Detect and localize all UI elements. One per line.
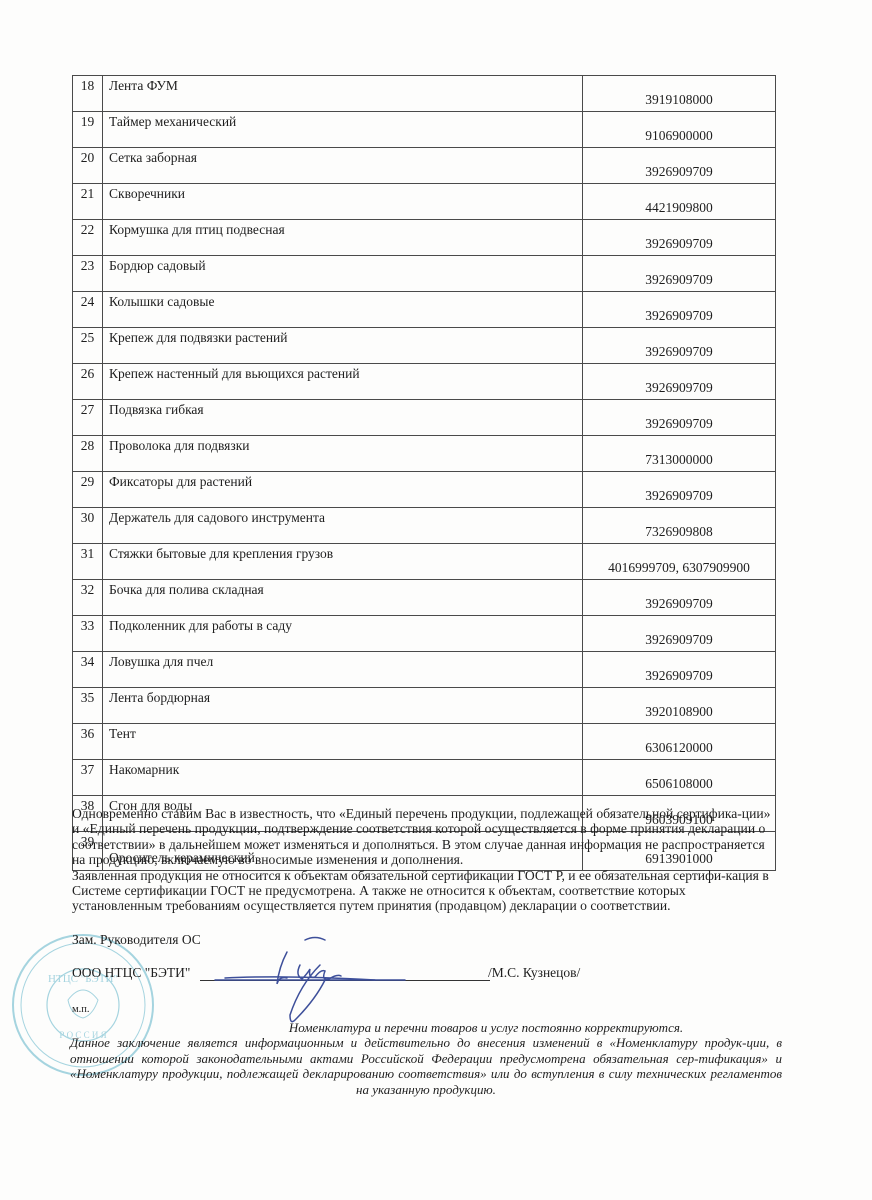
product-name: Скворечники [103, 184, 583, 220]
tn-ved-code: 4016999709, 6307909900 [583, 544, 776, 580]
table-row: 19Таймер механический9106900000 [73, 112, 776, 148]
row-number: 26 [73, 364, 103, 400]
product-name: Накомарник [103, 760, 583, 796]
tn-ved-code: 3926909709 [583, 256, 776, 292]
products-table: 18Лента ФУМ391910800019Таймер механическ… [72, 75, 776, 871]
notice-paragraph-2: Заявленная продукция не относится к объе… [72, 868, 777, 914]
table-row: 28Проволока для подвязки7313000000 [73, 436, 776, 472]
tn-ved-code: 3926909709 [583, 472, 776, 508]
table-row: 21Скворечники4421909800 [73, 184, 776, 220]
product-name: Бочка для полива складная [103, 580, 583, 616]
row-number: 27 [73, 400, 103, 436]
tn-ved-code: 3920108900 [583, 688, 776, 724]
table-row: 33Подколенник для работы в саду392690970… [73, 616, 776, 652]
tn-ved-code: 3926909709 [583, 328, 776, 364]
table-row: 29Фиксаторы для растений3926909709 [73, 472, 776, 508]
product-name: Сетка заборная [103, 148, 583, 184]
product-name: Кормушка для птиц подвесная [103, 220, 583, 256]
tn-ved-code: 7326909808 [583, 508, 776, 544]
table-row: 34Ловушка для пчел3926909709 [73, 652, 776, 688]
notice-paragraph-1: Одновременно ставим Вас в известность, ч… [72, 806, 777, 868]
tn-ved-code: 3926909709 [583, 292, 776, 328]
product-name: Крепеж для подвязки растений [103, 328, 583, 364]
signer-name: /М.С. Кузнецов/ [488, 965, 580, 981]
product-name: Лента бордюрная [103, 688, 583, 724]
tn-ved-code: 7313000000 [583, 436, 776, 472]
row-number: 23 [73, 256, 103, 292]
product-name: Проволока для подвязки [103, 436, 583, 472]
table-row: 35Лента бордюрная3920108900 [73, 688, 776, 724]
product-name: Бордюр садовый [103, 256, 583, 292]
product-name: Подколенник для работы в саду [103, 616, 583, 652]
tn-ved-code: 3926909709 [583, 652, 776, 688]
row-number: 34 [73, 652, 103, 688]
product-name: Крепеж настенный для вьющихся растений [103, 364, 583, 400]
product-name: Тент [103, 724, 583, 760]
tn-ved-code: 6506108000 [583, 760, 776, 796]
row-number: 35 [73, 688, 103, 724]
products-table-body: 18Лента ФУМ391910800019Таймер механическ… [73, 76, 776, 871]
disclaimer-text: Номенклатура и перечни товаров и услуг п… [70, 1020, 782, 1097]
row-number: 28 [73, 436, 103, 472]
tn-ved-code: 3926909709 [583, 580, 776, 616]
document-page: 18Лента ФУМ391910800019Таймер механическ… [0, 0, 872, 1200]
product-name: Подвязка гибкая [103, 400, 583, 436]
row-number: 37 [73, 760, 103, 796]
table-row: 32Бочка для полива складная3926909709 [73, 580, 776, 616]
disclaimer-line-2: Данное заключение является информационны… [70, 1035, 782, 1097]
signer-title: Зам. Руководителя ОС [72, 932, 201, 948]
row-number: 31 [73, 544, 103, 580]
row-number: 33 [73, 616, 103, 652]
table-row: 22Кормушка для птиц подвесная3926909709 [73, 220, 776, 256]
table-row: 37Накомарник6506108000 [73, 760, 776, 796]
product-name: Ловушка для пчел [103, 652, 583, 688]
product-name: Колышки садовые [103, 292, 583, 328]
row-number: 32 [73, 580, 103, 616]
product-name: Держатель для садового инструмента [103, 508, 583, 544]
row-number: 20 [73, 148, 103, 184]
table-row: 31Стяжки бытовые для крепления грузов401… [73, 544, 776, 580]
table-row: 30Держатель для садового инструмента7326… [73, 508, 776, 544]
tn-ved-code: 3926909709 [583, 616, 776, 652]
table-row: 23Бордюр садовый3926909709 [73, 256, 776, 292]
table-row: 36Тент6306120000 [73, 724, 776, 760]
signer-organization: ООО НТЦС "БЭТИ" [72, 965, 190, 981]
product-name: Фиксаторы для растений [103, 472, 583, 508]
table-row: 27Подвязка гибкая3926909709 [73, 400, 776, 436]
row-number: 30 [73, 508, 103, 544]
tn-ved-code: 3919108000 [583, 76, 776, 112]
tn-ved-code: 6306120000 [583, 724, 776, 760]
row-number: 36 [73, 724, 103, 760]
product-name: Лента ФУМ [103, 76, 583, 112]
table-row: 25Крепеж для подвязки растений3926909709 [73, 328, 776, 364]
row-number: 22 [73, 220, 103, 256]
table-row: 18Лента ФУМ3919108000 [73, 76, 776, 112]
row-number: 24 [73, 292, 103, 328]
table-row: 24Колышки садовые3926909709 [73, 292, 776, 328]
product-name: Стяжки бытовые для крепления грузов [103, 544, 583, 580]
row-number: 29 [73, 472, 103, 508]
row-number: 25 [73, 328, 103, 364]
handwritten-signature-icon [205, 930, 425, 1030]
row-number: 18 [73, 76, 103, 112]
tn-ved-code: 9106900000 [583, 112, 776, 148]
tn-ved-code: 4421909800 [583, 184, 776, 220]
seal-label: м.п. [72, 1004, 90, 1015]
tn-ved-code: 3926909709 [583, 148, 776, 184]
table-row: 26Крепеж настенный для вьющихся растений… [73, 364, 776, 400]
row-number: 21 [73, 184, 103, 220]
tn-ved-code: 3926909709 [583, 364, 776, 400]
notice-text: Одновременно ставим Вас в известность, ч… [72, 806, 777, 914]
disclaimer-line-1: Номенклатура и перечни товаров и услуг п… [70, 1020, 782, 1035]
product-name: Таймер механический [103, 112, 583, 148]
table-row: 20Сетка заборная3926909709 [73, 148, 776, 184]
tn-ved-code: 3926909709 [583, 400, 776, 436]
tn-ved-code: 3926909709 [583, 220, 776, 256]
row-number: 19 [73, 112, 103, 148]
